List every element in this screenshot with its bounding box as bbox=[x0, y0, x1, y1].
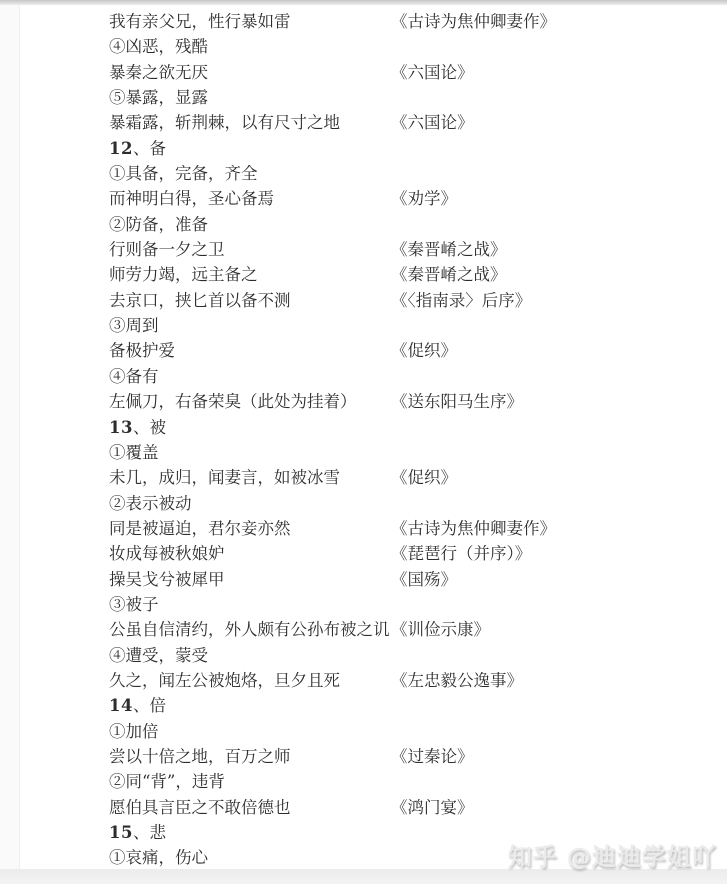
definition-text: ②表示被动 bbox=[109, 491, 192, 516]
definition-row: ②表示被动 bbox=[0, 491, 727, 516]
example-row: 去京口，挟匕首以备不测《〈指南录〉后序》 bbox=[0, 288, 727, 313]
definition-row: ②防备，准备 bbox=[0, 212, 727, 237]
source-citation: 《过秦论》 bbox=[391, 744, 474, 769]
entry-headword: 、被 bbox=[133, 418, 166, 437]
example-text: 行则备一夕之卫 bbox=[109, 237, 225, 262]
source-citation: 《古诗为焦仲卿妻作》 bbox=[391, 9, 556, 34]
example-text: 我有亲父兄，性行暴如雷 bbox=[109, 9, 291, 34]
entry-number: 15 bbox=[109, 823, 133, 842]
definition-row: ③周到 bbox=[0, 313, 727, 338]
example-text: 同是被逼迫，君尔妾亦然 bbox=[109, 516, 291, 541]
example-text: 未几，成归，闻妻言，如被冰雪 bbox=[109, 465, 340, 490]
entry-number: 12 bbox=[109, 139, 133, 158]
entry-header: 13、被 bbox=[109, 415, 166, 440]
entry-header-row: 12、备 bbox=[0, 136, 727, 161]
definition-text: ②同“背”，违背 bbox=[109, 769, 225, 794]
example-text: 师劳力竭，远主备之 bbox=[109, 262, 258, 287]
example-text: 左佩刀，右备荣臭（此处为挂着） bbox=[109, 389, 357, 414]
entry-headword: 、倍 bbox=[133, 696, 166, 715]
example-text: 操吴戈兮被犀甲 bbox=[109, 567, 225, 592]
source-citation: 《〈指南录〉后序》 bbox=[391, 288, 531, 313]
example-text: 尝以十倍之地，百万之师 bbox=[109, 744, 291, 769]
definition-text: ②防备，准备 bbox=[109, 212, 208, 237]
example-text: 久之，闻左公被炮烙，旦夕且死 bbox=[109, 668, 340, 693]
definition-text: ①覆盖 bbox=[109, 440, 159, 465]
definition-row: ⑤暴露，显露 bbox=[0, 85, 727, 110]
definition-text: ③周到 bbox=[109, 313, 159, 338]
source-citation: 《送东阳马生序》 bbox=[391, 389, 523, 414]
source-citation: 《六国论》 bbox=[391, 60, 474, 85]
definition-text: ①具备，完备，齐全 bbox=[109, 161, 258, 186]
example-text: 妆成每被秋娘妒 bbox=[109, 541, 225, 566]
source-citation: 《秦晋崤之战》 bbox=[391, 262, 507, 287]
entry-headword: 、悲 bbox=[133, 823, 166, 842]
definition-text: ④遭受，蒙受 bbox=[109, 643, 208, 668]
example-row: 暴秦之欲无厌《六国论》 bbox=[0, 60, 727, 85]
definition-text: ④凶恶，残酷 bbox=[109, 34, 208, 59]
zhihu-brand-text: 知乎 bbox=[508, 843, 558, 871]
example-row: 同是被逼迫，君尔妾亦然《古诗为焦仲卿妻作》 bbox=[0, 516, 727, 541]
definition-text: ①加倍 bbox=[109, 719, 159, 744]
example-text: 备极护爱 bbox=[109, 338, 175, 363]
example-row: 公虽自信清约，外人颇有公孙布被之讥《训俭示康》 bbox=[0, 617, 727, 642]
example-row: 而神明白得，圣心备焉《劝学》 bbox=[0, 186, 727, 211]
source-citation: 《鸿门宴》 bbox=[391, 795, 474, 820]
example-row: 久之，闻左公被炮烙，旦夕且死《左忠毅公逸事》 bbox=[0, 668, 727, 693]
example-row: 行则备一夕之卫《秦晋崤之战》 bbox=[0, 237, 727, 262]
entry-header: 12、备 bbox=[109, 136, 166, 161]
entry-header: 15、悲 bbox=[109, 820, 166, 845]
scanned-document-page: { "page": { "background": "#ffffff", "te… bbox=[0, 0, 727, 884]
source-citation: 《训俭示康》 bbox=[391, 617, 490, 642]
definition-text: ③被子 bbox=[109, 592, 159, 617]
example-text: 而神明白得，圣心备焉 bbox=[109, 186, 274, 211]
example-text: 去京口，挟匕首以备不测 bbox=[109, 288, 291, 313]
watermark-username: @迪迪学姐吖 bbox=[567, 843, 717, 871]
entry-number: 14 bbox=[109, 696, 133, 715]
example-row: 操吴戈兮被犀甲《国殇》 bbox=[0, 567, 727, 592]
source-citation: 《六国论》 bbox=[391, 110, 474, 135]
watermark: 知乎@迪迪学姐吖 bbox=[508, 837, 717, 872]
source-citation: 《国殇》 bbox=[391, 567, 457, 592]
definition-row: ③被子 bbox=[0, 592, 727, 617]
source-citation: 《秦晋崤之战》 bbox=[391, 237, 507, 262]
source-citation: 《古诗为焦仲卿妻作》 bbox=[391, 516, 556, 541]
definition-text: ⑤暴露，显露 bbox=[109, 85, 208, 110]
example-row: 备极护爱《促织》 bbox=[0, 338, 727, 363]
source-citation: 《促织》 bbox=[391, 465, 457, 490]
example-text: 暴秦之欲无厌 bbox=[109, 60, 208, 85]
example-text: 愿伯具言臣之不敢倍德也 bbox=[109, 795, 291, 820]
source-citation: 《左忠毅公逸事》 bbox=[391, 668, 523, 693]
example-row: 未几，成归，闻妻言，如被冰雪《促织》 bbox=[0, 465, 727, 490]
example-row: 尝以十倍之地，百万之师《过秦论》 bbox=[0, 744, 727, 769]
entry-header: 14、倍 bbox=[109, 693, 166, 718]
document-body: 我有亲父兄，性行暴如雷《古诗为焦仲卿妻作》④凶恶，残酷暴秦之欲无厌《六国论》⑤暴… bbox=[0, 9, 727, 871]
source-citation: 《促织》 bbox=[391, 338, 457, 363]
entry-headword: 、备 bbox=[133, 139, 166, 158]
definition-text: ①哀痛，伤心 bbox=[109, 845, 208, 870]
example-row: 愿伯具言臣之不敢倍德也《鸿门宴》 bbox=[0, 795, 727, 820]
example-row: 妆成每被秋娘妒《琵琶行（并序）》 bbox=[0, 541, 727, 566]
scan-edge-top bbox=[0, 0, 727, 5]
example-row: 师劳力竭，远主备之《秦晋崤之战》 bbox=[0, 262, 727, 287]
source-citation: 《劝学》 bbox=[391, 186, 457, 211]
example-text: 暴霜露，斩荆棘，以有尺寸之地 bbox=[109, 110, 340, 135]
definition-row: ④凶恶，残酷 bbox=[0, 34, 727, 59]
example-row: 我有亲父兄，性行暴如雷《古诗为焦仲卿妻作》 bbox=[0, 9, 727, 34]
definition-row: ④遭受，蒙受 bbox=[0, 643, 727, 668]
entry-number: 13 bbox=[109, 418, 133, 437]
definition-text: ④备有 bbox=[109, 364, 159, 389]
entry-header-row: 13、被 bbox=[0, 415, 727, 440]
example-row: 左佩刀，右备荣臭（此处为挂着）《送东阳马生序》 bbox=[0, 389, 727, 414]
definition-row: ①加倍 bbox=[0, 719, 727, 744]
definition-row: ②同“背”，违背 bbox=[0, 769, 727, 794]
example-row: 暴霜露，斩荆棘，以有尺寸之地《六国论》 bbox=[0, 110, 727, 135]
source-citation: 《琵琶行（并序）》 bbox=[391, 541, 531, 566]
entry-header-row: 14、倍 bbox=[0, 693, 727, 718]
definition-row: ①覆盖 bbox=[0, 440, 727, 465]
example-text: 公虽自信清约，外人颇有公孙布被之讥 bbox=[109, 617, 390, 642]
definition-row: ①具备，完备，齐全 bbox=[0, 161, 727, 186]
definition-row: ④备有 bbox=[0, 364, 727, 389]
